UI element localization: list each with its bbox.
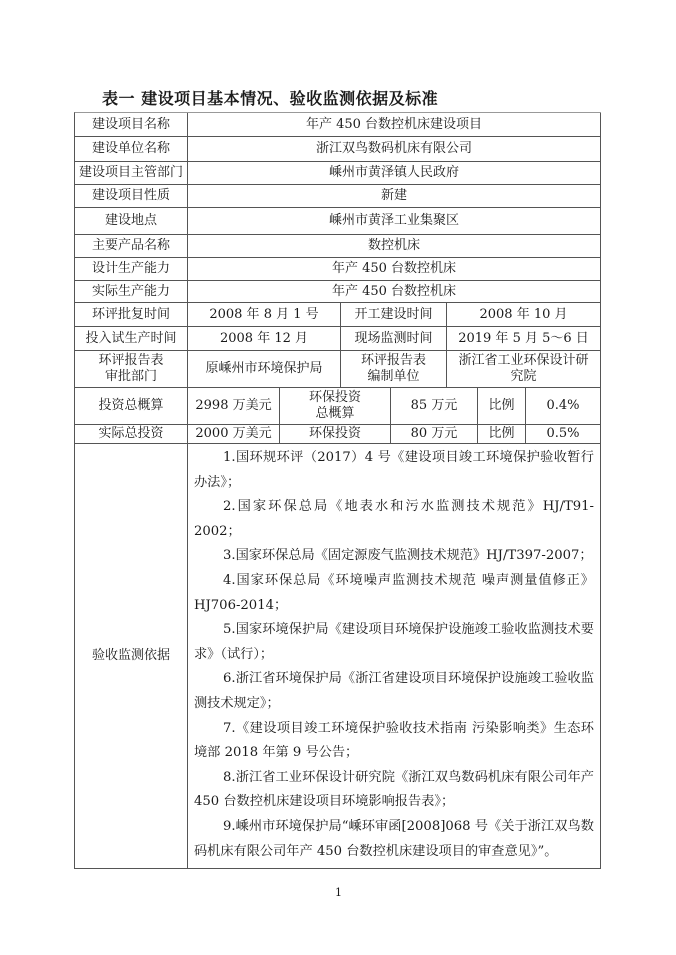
value-nature: 新建 [188, 185, 601, 208]
value-budget: 2998 万美元 [188, 388, 280, 425]
page-title: 表一 建设项目基本情况、验收监测依据及标准 [102, 86, 438, 109]
value-construction-start: 2008 年 10 月 [447, 303, 601, 327]
value-location: 嵊州市黄泽工业集聚区 [188, 208, 601, 235]
label-project-name: 建设项目名称 [75, 113, 188, 137]
label-competent-dept: 建设项目主管部门 [75, 162, 188, 185]
label-actual-ratio: 比例 [478, 425, 526, 444]
value-actual-capacity: 年产 450 台数控机床 [188, 281, 601, 303]
label-unit-name: 建设单位名称 [75, 137, 188, 162]
basis-item: 2.国家环保总局《地表水和污水监测技术规范》HJ/T91-2002； [194, 495, 594, 544]
label-trial-production: 投入试生产时间 [75, 327, 188, 351]
label-env-budget: 环保投资 总概算 [280, 388, 391, 425]
value-unit-name: 浙江双鸟数码机床有限公司 [188, 137, 601, 162]
label-eia-compiler: 环评报告表 编制单位 [341, 351, 447, 388]
label-design-capacity: 设计生产能力 [75, 258, 188, 281]
label-budget-ratio: 比例 [478, 388, 526, 425]
value-actual-ratio: 0.5% [526, 425, 601, 444]
value-design-capacity: 年产 450 台数控机床 [188, 258, 601, 281]
value-competent-dept: 嵊州市黄泽镇人民政府 [188, 162, 601, 185]
basis-item: 8.浙江省工业环保设计研究院《浙江双鸟数码机床有限公司年产 450 台数控机床建… [194, 766, 594, 815]
value-env-budget: 85 万元 [391, 388, 478, 425]
label-eia-approval-dept: 环评报告表 审批部门 [75, 351, 188, 388]
value-eia-approval-dept: 原嵊州市环境保护局 [188, 351, 341, 388]
label-monitoring-basis: 验收监测依据 [75, 444, 188, 869]
label-env-investment: 环保投资 [280, 425, 391, 444]
label-location: 建设地点 [75, 208, 188, 235]
label-actual-capacity: 实际生产能力 [75, 281, 188, 303]
value-trial-production: 2008 年 12 月 [188, 327, 341, 351]
basis-item: 1.国环规环评（2017）4 号《建设项目竣工环境保护验收暂行办法》； [194, 446, 594, 495]
value-actual-investment: 2000 万美元 [188, 425, 280, 444]
label-eia-approval-time: 环评批复时间 [75, 303, 188, 327]
value-main-product: 数控机床 [188, 235, 601, 258]
page-number: 1 [335, 886, 342, 899]
label-main-product: 主要产品名称 [75, 235, 188, 258]
value-monitoring-time: 2019 年 5 月 5～6 日 [447, 327, 601, 351]
basis-item: 4.国家环保总局《环境噪声监测技术规范 噪声测量值修正》HJ706-2014； [194, 569, 594, 618]
value-env-investment: 80 万元 [391, 425, 478, 444]
value-budget-ratio: 0.4% [526, 388, 601, 425]
value-eia-approval-time: 2008 年 8 月 1 号 [188, 303, 341, 327]
label-actual-investment: 实际总投资 [75, 425, 188, 444]
basis-item: 9.嵊州市环境保护局“嵊环审函[2008]068 号《关于浙江双鸟数码机床有限公… [194, 815, 594, 864]
label-monitoring-time: 现场监测时间 [341, 327, 447, 351]
monitoring-basis-list: 1.国环规环评（2017）4 号《建设项目竣工环境保护验收暂行办法》； 2.国家… [188, 444, 601, 869]
basis-item: 3.国家环保总局《固定源废气监测技术规范》HJ/T397-2007； [194, 544, 594, 569]
basis-item: 5.国家环境保护局《建设项目环境保护设施竣工验收监测技术要求》（试行）； [194, 618, 594, 667]
value-eia-compiler: 浙江省工业环保设计研 究院 [447, 351, 601, 388]
basis-item: 7.《建设项目竣工环境保护验收技术指南 污染影响类》生态环境部 2018 年第 … [194, 717, 594, 766]
label-nature: 建设项目性质 [75, 185, 188, 208]
basis-item: 6.浙江省环境保护局《浙江省建设项目环境保护设施竣工验收监测技术规定》； [194, 667, 594, 716]
label-construction-start: 开工建设时间 [341, 303, 447, 327]
value-project-name: 年产 450 台数控机床建设项目 [188, 113, 601, 137]
label-budget: 投资总概算 [75, 388, 188, 425]
